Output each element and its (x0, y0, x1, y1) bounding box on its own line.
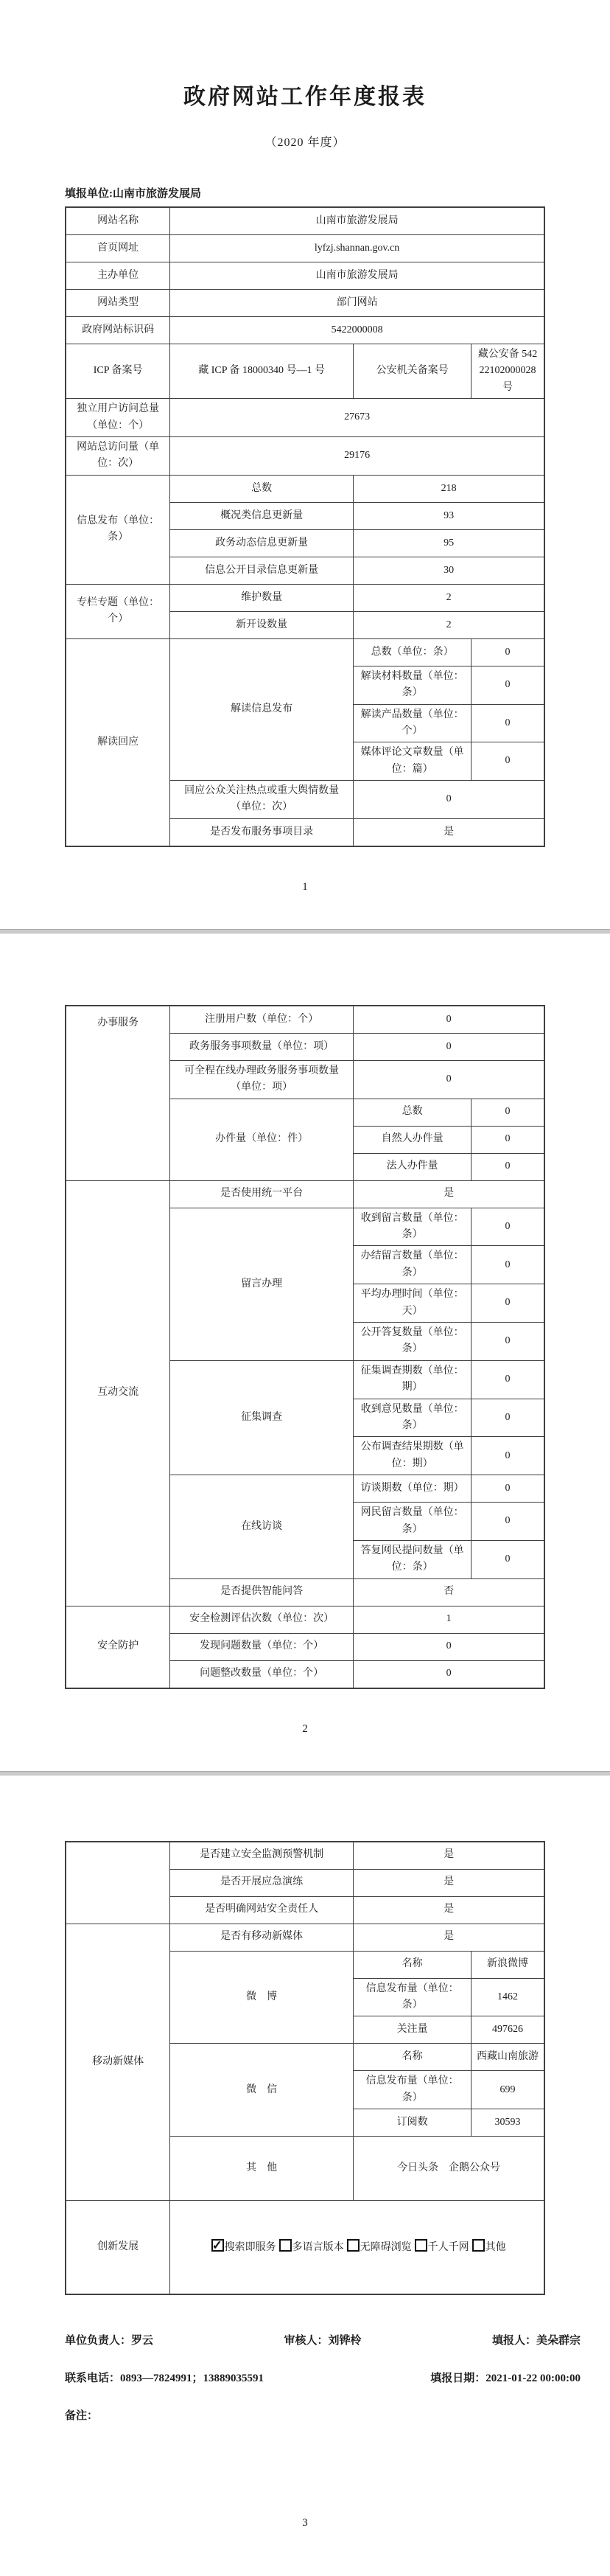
unified-platform-value: 是 (354, 1180, 544, 1208)
table-row: 网站总访问量（单位：次） 29176 (66, 436, 544, 475)
messages-item-label: 收到留言数量（单位：条） (354, 1208, 471, 1246)
contact-phone: 联系电话：0893—7824991；13889035591 (65, 2370, 264, 2385)
cases-item-value: 0 (471, 1099, 544, 1126)
table-row: 安全防护 安全检测评估次数（单位：次） 1 (66, 1606, 544, 1633)
columns-item-value: 2 (354, 584, 544, 611)
checkbox-label: 千人千网 (428, 2242, 469, 2253)
cases-section-label: 办件量（单位：件） (170, 1099, 354, 1180)
page-separator (0, 929, 610, 934)
site-type-label: 网站类型 (66, 290, 170, 317)
police-record-label: 公安机关备案号 (354, 344, 471, 399)
service-dir-label: 是否发布服务事项目录 (170, 818, 354, 846)
service-item-label: 政务服务事项数量（单位：项） (170, 1033, 354, 1060)
table-row: 解读回应 解读信息发布 总数（单位：条） 0 (66, 638, 544, 666)
sponsor-label: 主办单位 (66, 262, 170, 290)
surveys-item-value: 0 (471, 1399, 544, 1437)
report-page-3: 是否建立安全监测预警机制 是 是否开展应急演练 是 是否明确网站安全责任人 是 … (0, 1776, 610, 2551)
security2-item-value: 是 (354, 1896, 544, 1924)
has-new-media-value: 是 (354, 1924, 544, 1951)
checkbox-accessibility-icon (347, 2239, 360, 2252)
site-code-value: 5422000008 (170, 317, 544, 344)
info-release-item-value: 218 (354, 475, 544, 502)
hotspot-value: 0 (354, 781, 544, 819)
new-media-section-label: 移动新媒体 (66, 1924, 170, 2201)
messages-section-label: 留言办理 (170, 1208, 354, 1360)
columns-section-label: 专栏专题（单位：个） (66, 584, 170, 638)
service-item-label: 可全程在线办理政务服务事项数量（单位：项） (170, 1060, 354, 1099)
report-page-1: 政府网站工作年度报表 （2020 年度） 填报单位:山南市旅游发展局 网站名称 … (0, 0, 610, 929)
wechat-item-value: 699 (471, 2071, 544, 2109)
page-number-1: 1 (0, 881, 610, 929)
interpret-item-label: 解读材料数量（单位：条） (354, 666, 471, 704)
page-separator (0, 1771, 610, 1776)
wechat-section-label: 微 信 (170, 2044, 354, 2137)
surveys-item-label: 收到意见数量（单位：条） (354, 1399, 471, 1437)
weibo-item-value: 新浪微博 (471, 1951, 544, 1978)
site-name-label: 网站名称 (66, 207, 170, 235)
messages-item-value: 0 (471, 1284, 544, 1323)
surveys-section-label: 征集调查 (170, 1360, 354, 1475)
info-release-item-label: 政务动态信息更新量 (170, 529, 354, 557)
info-release-item-value: 95 (354, 529, 544, 557)
messages-item-value: 0 (471, 1246, 544, 1284)
table-row: 信息发布（单位：条） 总数 218 (66, 475, 544, 502)
messages-item-label: 办结留言数量（单位：条） (354, 1246, 471, 1284)
security-item-value: 0 (354, 1660, 544, 1688)
security-section-label: 安全防护 (66, 1606, 170, 1688)
interpret-item-value: 0 (471, 704, 544, 742)
icp-value: 藏 ICP 备 18000340 号—1 号 (170, 344, 354, 399)
checkbox-search-as-service-icon (211, 2239, 224, 2252)
interpret-item-value: 0 (471, 638, 544, 666)
service-dir-value: 是 (354, 818, 544, 846)
info-release-item-label: 信息公开目录信息更新量 (170, 557, 354, 584)
interviews-item-value: 0 (471, 1475, 544, 1503)
innovation-section-label: 创新发展 (66, 2201, 170, 2295)
interpret-item-label: 解读产品数量（单位：个） (354, 704, 471, 742)
wechat-item-value: 30593 (471, 2109, 544, 2137)
site-name-value: 山南市旅游发展局 (170, 207, 544, 235)
interpret-item-label: 媒体评论文章数量（单位：篇） (354, 742, 471, 781)
interpret-release-label: 解读信息发布 (170, 638, 354, 780)
wechat-item-label: 名称 (354, 2044, 471, 2071)
surveys-item-value: 0 (471, 1437, 544, 1475)
interpret-section-label: 解读回应 (66, 638, 170, 846)
weibo-item-label: 名称 (354, 1951, 471, 1978)
security-item-value: 0 (354, 1633, 544, 1660)
cases-item-label: 自然人办件量 (354, 1126, 471, 1153)
info-release-section-label: 信息发布（单位：条） (66, 475, 170, 584)
sponsor-value: 山南市旅游发展局 (170, 262, 544, 290)
reviewer: 审核人：刘铧柃 (284, 2332, 361, 2347)
interviews-item-value: 0 (471, 1540, 544, 1578)
interviews-item-label: 网民留言数量（单位：条） (354, 1503, 471, 1541)
total-visits-label: 网站总访问量（单位：次） (66, 436, 170, 475)
smart-qa-value: 否 (354, 1578, 544, 1606)
table-row: 主办单位 山南市旅游发展局 (66, 262, 544, 290)
weibo-item-value: 1462 (471, 1978, 544, 2016)
remark-label: 备注： (65, 2407, 545, 2423)
checkbox-personalized-icon (415, 2239, 427, 2252)
wechat-item-label: 订阅数 (354, 2109, 471, 2137)
interviews-item-label: 访谈期数（单位：期） (354, 1475, 471, 1503)
interpret-item-label: 总数（单位：条） (354, 638, 471, 666)
home-url-value: lyfzj.shannan.gov.cn (170, 235, 544, 262)
table-row: 网站类型 部门网站 (66, 290, 544, 317)
interpret-item-value: 0 (471, 666, 544, 704)
other-media-label: 其 他 (170, 2137, 354, 2201)
messages-item-value: 0 (471, 1208, 544, 1246)
checkbox-other-icon (472, 2239, 485, 2252)
filler: 填报人：美朵群宗 (492, 2332, 581, 2347)
unique-visitors-value: 27673 (170, 399, 544, 437)
security-item-label: 发现问题数量（单位：个） (170, 1633, 354, 1660)
service-section-label: 办事服务 (66, 1006, 170, 1180)
unique-visitors-label: 独立用户访问总量（单位：个） (66, 399, 170, 437)
columns-item-label: 新开设数量 (170, 611, 354, 638)
table-row: ICP 备案号 藏 ICP 备 18000340 号—1 号 公安机关备案号 藏… (66, 344, 544, 399)
table-row: 网站名称 山南市旅游发展局 (66, 207, 544, 235)
wechat-item-label: 信息发布量（单位：条） (354, 2071, 471, 2109)
info-release-item-value: 30 (354, 557, 544, 584)
weibo-item-value: 497626 (471, 2016, 544, 2044)
service-item-value: 0 (354, 1033, 544, 1060)
table-row: 专栏专题（单位：个） 维护数量 2 (66, 584, 544, 611)
table-row: 办事服务 注册用户数（单位：个） 0 (66, 1006, 544, 1034)
checkbox-multilingual-icon (279, 2239, 292, 2252)
weibo-section-label: 微 博 (170, 1951, 354, 2044)
checkbox-label: 搜索即服务 (225, 2242, 276, 2253)
service-item-value: 0 (354, 1060, 544, 1099)
interpret-item-value: 0 (471, 742, 544, 781)
checkbox-label: 多语言版本 (292, 2242, 344, 2253)
security-item-label: 问题整改数量（单位：个） (170, 1660, 354, 1688)
other-media-value: 今日头条 企鹅公众号 (354, 2137, 544, 2201)
page-title: 政府网站工作年度报表 (0, 0, 610, 111)
has-new-media-label: 是否有移动新媒体 (170, 1924, 354, 1951)
table-row: 独立用户访问总量（单位：个） 27673 (66, 399, 544, 437)
interviews-section-label: 在线访谈 (170, 1475, 354, 1579)
service-item-label: 注册用户数（单位：个） (170, 1006, 354, 1034)
interviews-item-value: 0 (471, 1503, 544, 1541)
cases-item-label: 法人办件量 (354, 1153, 471, 1180)
checkbox-label: 无障碍浏览 (360, 2242, 412, 2253)
page-number-2: 2 (0, 1723, 610, 1771)
table-row: 移动新媒体 是否有移动新媒体 是 (66, 1924, 544, 1951)
report-page-2: 办事服务 注册用户数（单位：个） 0 政务服务事项数量（单位：项） 0 可全程在… (0, 934, 610, 1771)
info-release-item-label: 概况类信息更新量 (170, 502, 354, 529)
filing-date: 填报日期：2021-01-22 00:00:00 (430, 2370, 581, 2385)
interviews-item-label: 答复网民提问数量（单位：条） (354, 1540, 471, 1578)
columns-item-value: 2 (354, 611, 544, 638)
table-row: 政府网站标识码 5422000008 (66, 317, 544, 344)
report-table-page-1: 网站名称 山南市旅游发展局 首页网址 lyfzj.shannan.gov.cn … (65, 206, 545, 847)
icp-label: ICP 备案号 (66, 344, 170, 399)
weibo-item-label: 信息发布量（单位：条） (354, 1978, 471, 2016)
report-table-page-2: 办事服务 注册用户数（单位：个） 0 政务服务事项数量（单位：项） 0 可全程在… (65, 1005, 545, 1689)
messages-item-value: 0 (471, 1322, 544, 1360)
total-visits-value: 29176 (170, 436, 544, 475)
messages-item-label: 公开答复数量（单位：条） (354, 1322, 471, 1360)
hotspot-label: 回应公众关注热点或重大舆情数量（单位：次） (170, 781, 354, 819)
security2-item-value: 是 (354, 1869, 544, 1896)
wechat-item-value: 西藏山南旅游 (471, 2044, 544, 2071)
footer-signatures: 单位负责人：罗云 审核人：刘铧柃 填报人：美朵群宗 (65, 2332, 581, 2347)
info-release-item-label: 总数 (170, 475, 354, 502)
security2-item-label: 是否建立安全监测预警机制 (170, 1842, 354, 1870)
filing-unit: 填报单位:山南市旅游发展局 (65, 185, 545, 201)
cases-item-value: 0 (471, 1153, 544, 1180)
unified-platform-label: 是否使用统一平台 (170, 1180, 354, 1208)
innovation-options-cell: 搜索即服务多语言版本无障碍浏览千人千网其他 (170, 2201, 544, 2295)
surveys-item-label: 征集调查期数（单位：期） (354, 1360, 471, 1399)
smart-qa-label: 是否提供智能问答 (170, 1578, 354, 1606)
page-subtitle: （2020 年度） (0, 133, 610, 150)
report-table-page-3: 是否建立安全监测预警机制 是 是否开展应急演练 是 是否明确网站安全责任人 是 … (65, 1841, 545, 2296)
responsible-person: 单位负责人：罗云 (65, 2332, 153, 2347)
cases-item-value: 0 (471, 1126, 544, 1153)
table-row: 是否建立安全监测预警机制 是 (66, 1842, 544, 1870)
security-item-value: 1 (354, 1606, 544, 1633)
security2-item-label: 是否明确网站安全责任人 (170, 1896, 354, 1924)
surveys-item-value: 0 (471, 1360, 544, 1399)
report-footer: 单位负责人：罗云 审核人：刘铧柃 填报人：美朵群宗 联系电话：0893—7824… (65, 2332, 545, 2423)
surveys-item-label: 公布调查结果期数（单位：期） (354, 1437, 471, 1475)
table-row: 创新发展 搜索即服务多语言版本无障碍浏览千人千网其他 (66, 2201, 544, 2295)
security2-item-label: 是否开展应急演练 (170, 1869, 354, 1896)
table-row: 互动交流 是否使用统一平台 是 (66, 1180, 544, 1208)
security-item-label: 安全检测评估次数（单位：次） (170, 1606, 354, 1633)
checkbox-label: 其他 (485, 2242, 506, 2253)
site-type-value: 部门网站 (170, 290, 544, 317)
messages-item-label: 平均办理时间（单位：天） (354, 1284, 471, 1323)
info-release-item-value: 93 (354, 502, 544, 529)
table-row: 首页网址 lyfzj.shannan.gov.cn (66, 235, 544, 262)
security2-item-value: 是 (354, 1842, 544, 1870)
cases-item-label: 总数 (354, 1099, 471, 1126)
site-code-label: 政府网站标识码 (66, 317, 170, 344)
page-number-3: 3 (0, 2517, 610, 2550)
weibo-item-label: 关注量 (354, 2016, 471, 2044)
columns-item-label: 维护数量 (170, 584, 354, 611)
service-item-value: 0 (354, 1006, 544, 1034)
security-continued-empty-cell (66, 1842, 170, 1924)
footer-contact: 联系电话：0893—7824991；13889035591 填报日期：2021-… (65, 2370, 581, 2385)
police-record-value: 藏公安备 54222102000028 号 (471, 344, 544, 399)
interaction-section-label: 互动交流 (66, 1180, 170, 1606)
home-url-label: 首页网址 (66, 235, 170, 262)
